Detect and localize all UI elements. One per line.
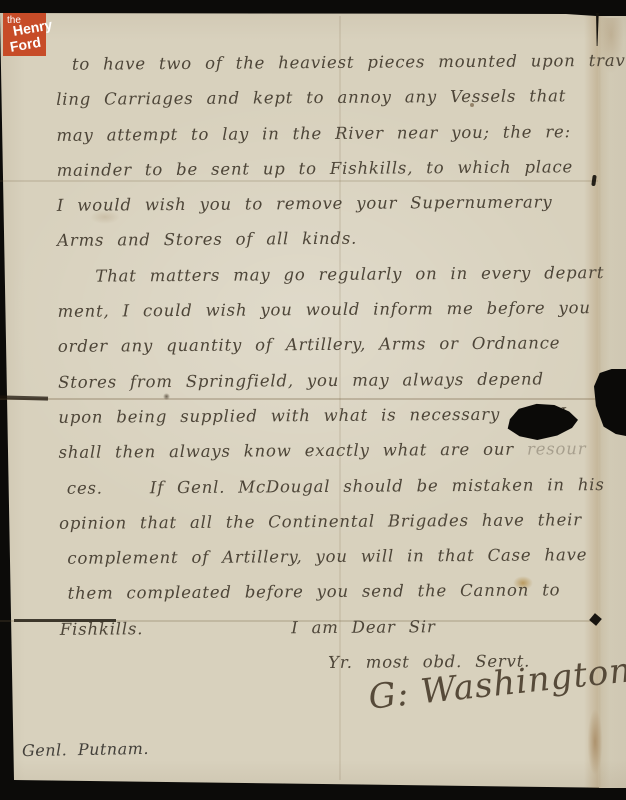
manuscript-text: If Genl. McDougal should be mistaken in … (150, 475, 605, 497)
manuscript-line: them compleated before you send the Cann… (59, 573, 587, 612)
henry-ford-logo: the Henry Ford (3, 13, 46, 56)
manuscript-line: opinion that all the Continental Brigade… (59, 502, 587, 541)
manuscript-line: complement of Artillery, you will in tha… (59, 537, 587, 576)
manuscript-line: Arms and Stores of all kinds. (57, 220, 585, 259)
manuscript-line: may attempt to lay in the River near you… (56, 114, 584, 153)
manuscript-line: That matters may go regularly on in ever… (57, 255, 585, 294)
manuscript-line: upon being supplied with what is necessa… (58, 396, 586, 435)
manuscript-line: ment, I could wish you would inform me b… (58, 290, 586, 329)
closing-salutation: I am Dear Sir (291, 617, 435, 637)
addressee-note: Genl. Putnam. (22, 739, 149, 760)
manuscript-line: shall then always know exactly what are … (58, 431, 586, 470)
logo-text-ford: Ford (9, 35, 42, 54)
manuscript-line: Fishkills. I am Dear Sir (60, 608, 588, 647)
manuscript-line: to have two of the heaviest pieces mount… (56, 43, 584, 82)
letter-body: to have two of the heaviest pieces mount… (56, 43, 588, 682)
word-fragment: ces. (67, 478, 103, 497)
manuscript-scan: to have two of the heaviest pieces mount… (0, 0, 626, 800)
manuscript-line: order any quantity of Artillery, Arms or… (58, 326, 586, 365)
manuscript-line: ces. If Genl. McDougal should be mistake… (59, 467, 587, 506)
manuscript-line: I would wish you to remove your Supernum… (57, 184, 585, 223)
faded-word: resour (527, 439, 587, 458)
manuscript-line: mainder to be sent up to Fishkills, to w… (57, 149, 585, 188)
manuscript-line: ling Carriages and kept to annoy any Ves… (56, 78, 584, 117)
place-word: Fishkills. (60, 619, 144, 639)
manuscript-text: shall then always know exactly what are … (59, 440, 514, 462)
manuscript-line: Stores from Springfield, you may always … (58, 361, 586, 400)
